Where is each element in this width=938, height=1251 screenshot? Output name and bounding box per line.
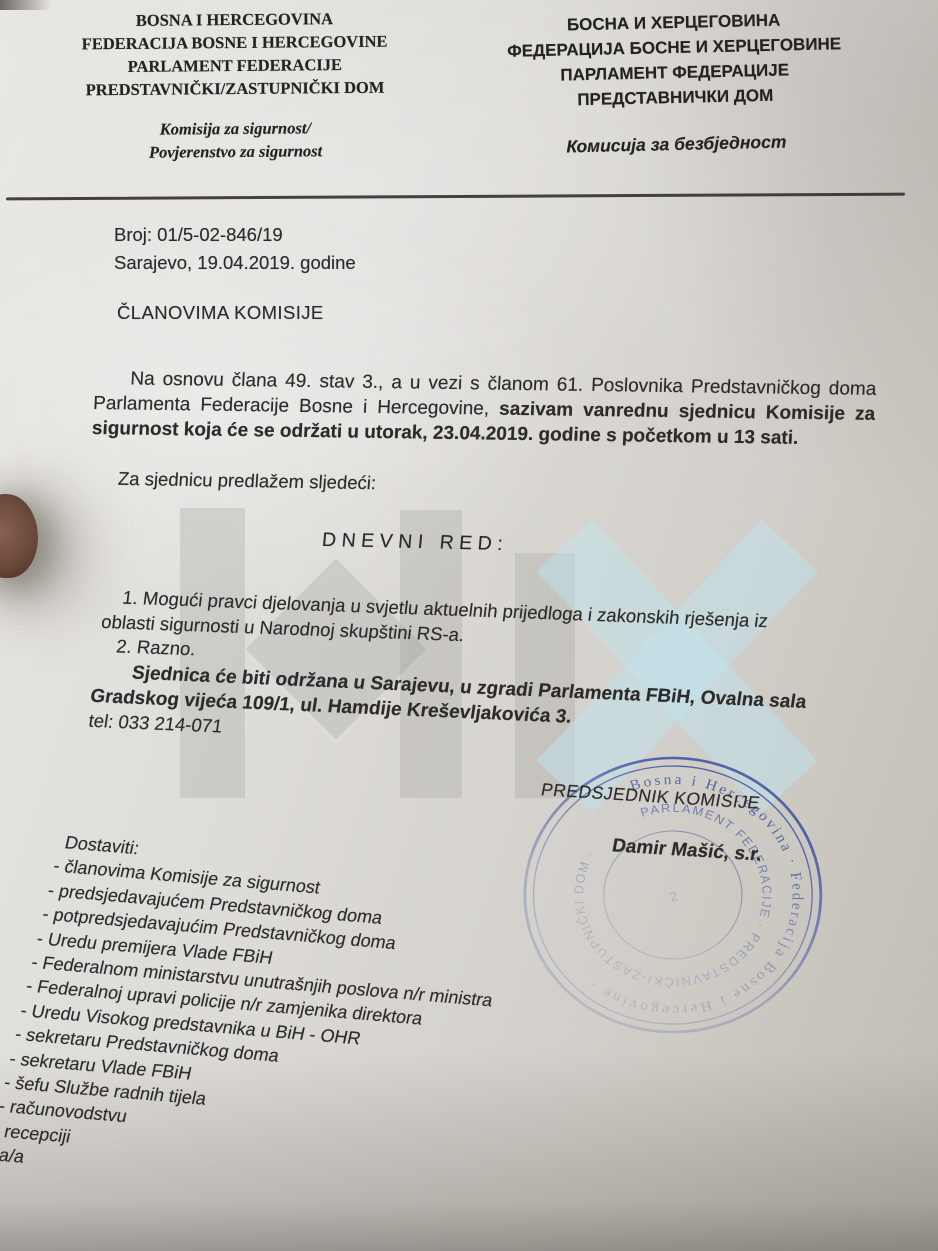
committee-name-bosnian: Komisija za sigurnost/ Povjerenstvo za s… (68, 116, 402, 165)
finger-holding-page (0, 494, 38, 578)
committee-name-cyrillic: Комисија за безбједност (501, 128, 851, 161)
header-divider-line (6, 193, 905, 201)
scanned-letter-page: BOSNA I HERCEGOVINA FEDERACIJA BOSNE I H… (0, 0, 938, 1251)
committee-line: Komisija za sigurnost/ (68, 116, 402, 142)
letterhead-line: PREDSTAVNIČKI/ZASTUPNIČKI DOM (68, 76, 402, 102)
committee-line: Povjerenstvo za sigurnost (68, 139, 402, 165)
reference-block: Broj: 01/5-02-846/19 Sarajevo, 19.04.201… (114, 221, 356, 276)
letterhead-line: PARLAMENT FEDERACIJE (68, 53, 402, 79)
letterhead-left: BOSNA I HERCEGOVINA FEDERACIJA BOSNE I H… (67, 7, 402, 165)
reference-number: Broj: 01/5-02-846/19 (114, 221, 356, 249)
letterhead-right: БОСНА И ХЕРЦЕГОВИНА ФЕДЕРАЦИЈА БОСНЕ И Х… (498, 6, 851, 161)
propose-line: Za sjednicu predlažem sljedeći: (117, 468, 377, 494)
intro-paragraph: Na osnovu člana 49. stav 3., a u vezi s … (91, 366, 877, 452)
letterhead-line: FEDERACIJA BOSNE I HERCEGOVINE (68, 30, 402, 56)
photo-corner-shadow (0, 0, 52, 10)
distribution-list: Dostaviti: - članovima Komisije za sigur… (0, 827, 646, 1215)
agenda-title: DNEVNI RED: (321, 529, 509, 556)
addressee: ČLANOVIMA KOMISIJE (117, 302, 324, 324)
reference-place-date: Sarajevo, 19.04.2019. godine (114, 249, 356, 277)
letterhead-line: BOSNA I HERCEGOVINA (67, 7, 401, 33)
stamp-center-mark: 2 (667, 889, 680, 905)
